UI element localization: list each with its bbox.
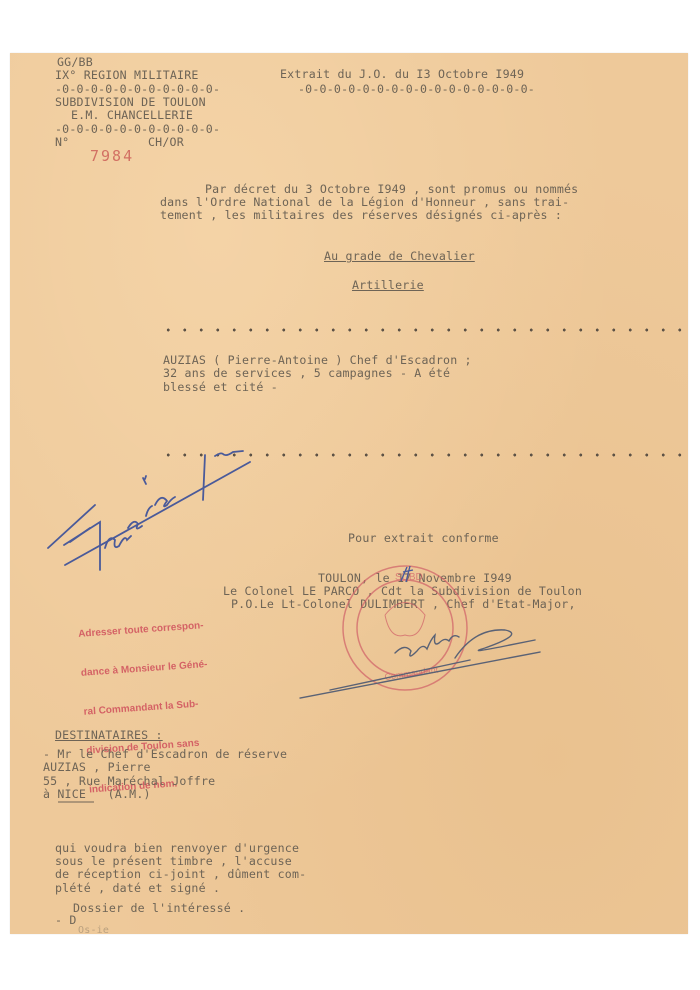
round-stamp-top-text: SUBD [395, 572, 423, 583]
handwriting-overlay: SUBD Commandant [0, 0, 700, 990]
handwritten-note-icon [48, 451, 250, 570]
